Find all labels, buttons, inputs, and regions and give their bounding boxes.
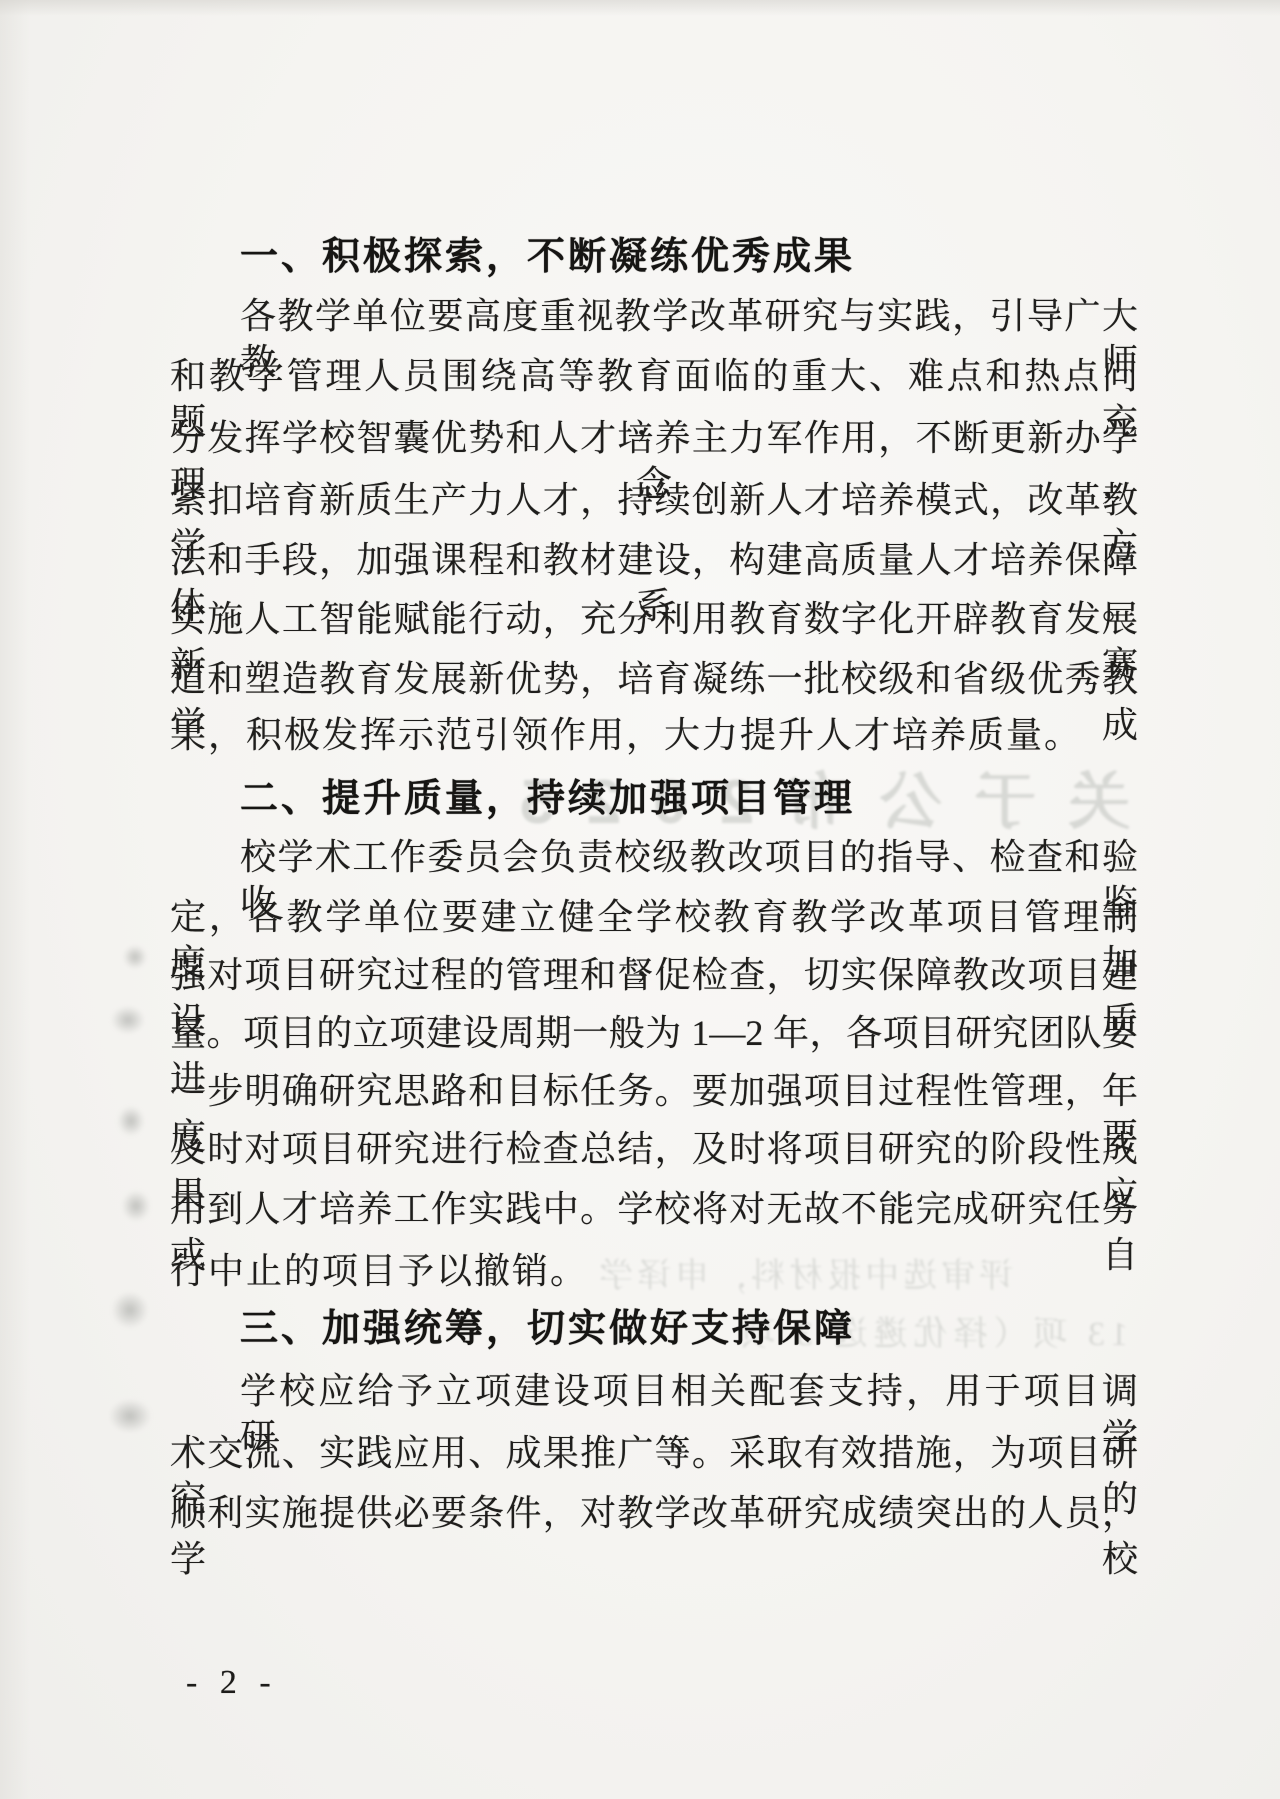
scan-smudge (104, 1284, 156, 1336)
scan-smudge (116, 1184, 156, 1228)
text-line: 一步明确研究思路和目标任务。要加强项目过程性管理，年度要 (170, 1068, 1138, 1114)
scan-smudge (100, 1392, 160, 1440)
scan-smudge (104, 1000, 152, 1040)
scanned-document-page: 关于公布2025评审选中报材料，申译学13 项（择优遴选 3 项 一、积极探索，… (0, 0, 1280, 1799)
text-line: 和教学管理人员围绕高等教育面临的重大、难点和热点问题，充 (170, 353, 1138, 399)
text-line: 强对项目研究过程的管理和督促检查，切实保障教改项目建设质 (170, 952, 1138, 998)
scan-smudge (118, 940, 152, 974)
text-line: 果，积极发挥示范引领作用，大力提升人才培养质量。 (170, 712, 1082, 758)
text-line: 校学术工作委员会负责校级教改项目的指导、检查和验收鉴 (240, 834, 1138, 880)
page-number: - 2 - (186, 1664, 278, 1702)
text-line: 术交流、实践应用、成果推广等。采取有效措施，为项目研究的 (170, 1430, 1138, 1476)
section-heading: 一、积极探索，不断凝练优秀成果 (240, 234, 855, 280)
text-line: 及时对项目研究进行检查总结，及时将项目研究的阶段性成果应 (170, 1126, 1138, 1172)
text-line: 道和塑造教育发展新优势，培育凝练一批校级和省级优秀教学成 (170, 656, 1138, 702)
text-line: 法和手段，加强课程和教材建设，构建高质量人才培养保障体系。 (170, 537, 1138, 583)
text-line: 顺利实施提供必要条件，对教学改革研究成绩突出的人员，学校 (170, 1490, 1138, 1536)
text-line: 定，各教学单位要建立健全学校教育教学改革项目管理制度，加 (170, 894, 1138, 940)
scan-smudge (112, 1100, 150, 1142)
text-line: 学校应给予立项建设项目相关配套支持，用于项目调研、学 (240, 1368, 1138, 1414)
text-line: 实施人工智能赋能行动，充分利用教育数字化开辟教育发展新赛 (170, 596, 1138, 642)
text-line: 行中止的项目予以撤销。 (170, 1248, 588, 1294)
text-line: 各教学单位要高度重视教学改革研究与实践，引导广大教师 (240, 293, 1138, 339)
text-line: 量。项目的立项建设周期一般为 1—2 年，各项目研究团队要进 (170, 1010, 1138, 1056)
section-heading: 二、提升质量，持续加强项目管理 (240, 776, 855, 822)
text-line: 分发挥学校智囊优势和人才培养主力军作用，不断更新办学理念， (170, 415, 1138, 461)
text-line: 用到人才培养工作实践中。学校将对无故不能完成研究任务或自 (170, 1186, 1138, 1232)
text-line: 紧扣培育新质生产力人才，持续创新人才培养模式，改革教学方 (170, 477, 1138, 523)
section-heading: 三、加强统筹，切实做好支持保障 (240, 1306, 855, 1352)
